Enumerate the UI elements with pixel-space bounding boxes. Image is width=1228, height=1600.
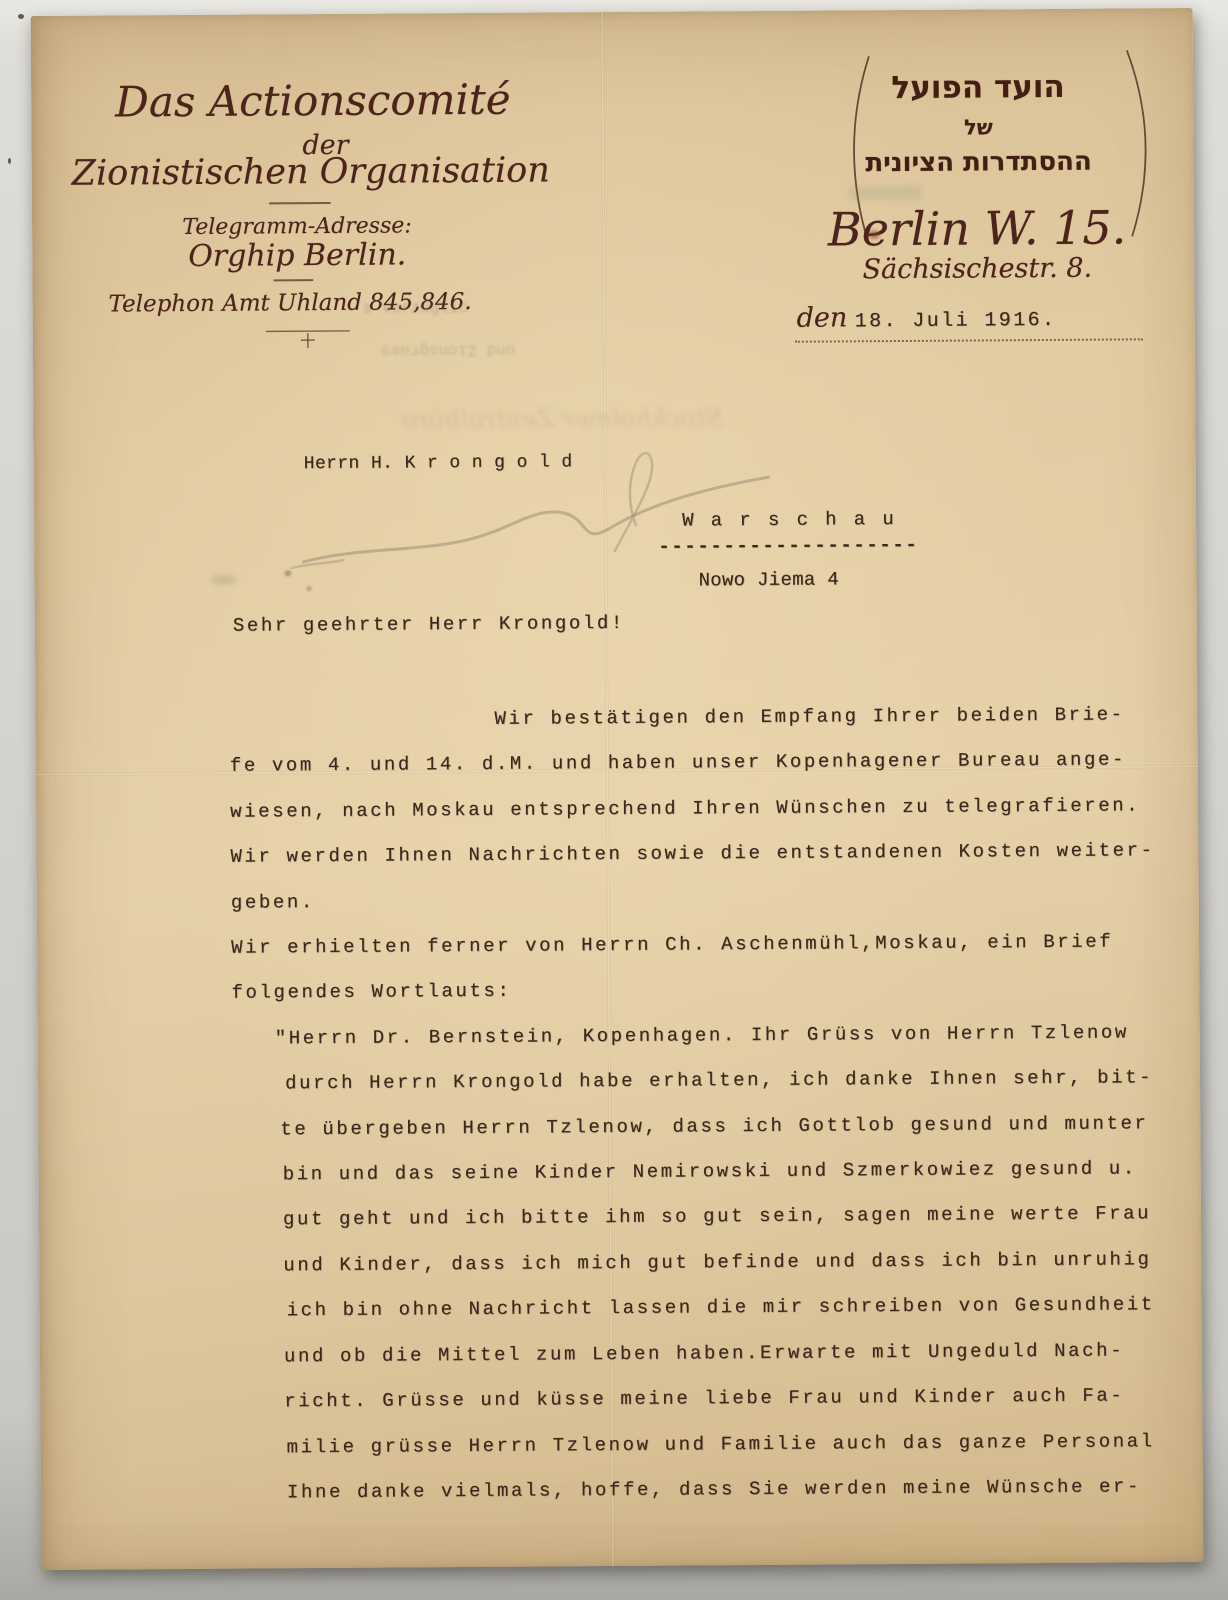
letter-line: geben. (231, 874, 1191, 926)
letter-line: Wir werden Ihnen Nachrichten sowie die e… (230, 828, 1190, 880)
letter-line: Ihne danke vielmals, hoffe, dass Sie wer… (235, 1464, 1195, 1516)
recipient-divider: -------------------- (658, 534, 918, 558)
paper: Das Actionscomité der Zionistischen Orga… (31, 8, 1204, 1570)
letter-line: wiesen, nach Moskau entsprechend Ihren W… (230, 783, 1190, 835)
letterhead-street: Sächsischestr. 8. (822, 252, 1132, 285)
dust-speck (18, 14, 24, 19)
letter-line: richt. Grüsse und küsse meine liebe Frau… (234, 1373, 1194, 1425)
recipient-city: W a r s c h a u (682, 508, 897, 531)
letter-line: ich bin ohne Nachricht lassen die mir sc… (233, 1282, 1193, 1334)
hebrew-committee-line3: ההסתדרות הציונית (834, 146, 1124, 178)
flourish-rule (269, 202, 331, 204)
dust-speck (8, 158, 11, 164)
letterhead-ornament-icon (260, 324, 356, 353)
letter-body: Wir bestätigen den Empfang Ihrer beiden … (229, 692, 1195, 1516)
paper-stain (210, 575, 236, 585)
flourish-rule (273, 279, 313, 281)
salutation: Sehr geehrter Herr Krongold! (233, 612, 625, 637)
hebrew-committee-line2: של (833, 114, 1123, 140)
letter-line: fe vom 4. und 14. d.M. und haben unser K… (230, 737, 1190, 789)
photo-of-letter: { "colors":{"paper":"#e2cca2","backgroun… (0, 0, 1228, 1600)
letter-line: durch Herrn Krongold habe erhalten, ich … (232, 1055, 1192, 1107)
letter-line: gut geht und ich bitte ihm so gut sein, … (233, 1191, 1193, 1243)
bleed-through-text: und Zionsgrues (381, 341, 516, 360)
letter-line: Wir bestätigen den Empfang Ihrer beiden … (229, 692, 1189, 744)
letterhead-city: Berlin W. 15. (822, 200, 1132, 256)
date-dotted-rule (795, 316, 1143, 342)
letter-line: Wir erhielten ferner von Herrn Ch. Asche… (231, 919, 1191, 971)
bleed-through-script: Stockholmer Zentralbüro (401, 403, 722, 434)
letter-line: te übergeben Herrn Tzlenow, dass ich Got… (232, 1101, 1192, 1153)
letter-line: und ob die Mittel zum Leben haben.Erwart… (234, 1328, 1194, 1380)
letter-line: und Kinder, dass ich mich gut befinde un… (233, 1237, 1193, 1289)
letter-line: milie grüsse Herrn Tzlenow und Familie a… (234, 1418, 1194, 1470)
telegram-address-value: Orghip Berlin. (117, 237, 477, 275)
letter-line: bin und das seine Kinder Nemirowski und … (233, 1146, 1193, 1198)
recipient-name: Herrn H. K r o n g o l d (304, 452, 573, 474)
telephone-line: Telephon Amt Uhland 845,846. (93, 289, 488, 318)
org-name-line3: Zionistischen Organisation (72, 151, 522, 194)
letter-line: folgendes Wortlauts: (231, 964, 1191, 1016)
recipient-street: Nowo Jiema 4 (698, 568, 839, 591)
letter-line: "Herrn Dr. Bernstein, Kopenhagen. Ihr Gr… (232, 1010, 1192, 1062)
org-name-line1: Das Actionscomité (115, 75, 495, 127)
hebrew-committee-line1: הועד הפועל (833, 68, 1123, 106)
